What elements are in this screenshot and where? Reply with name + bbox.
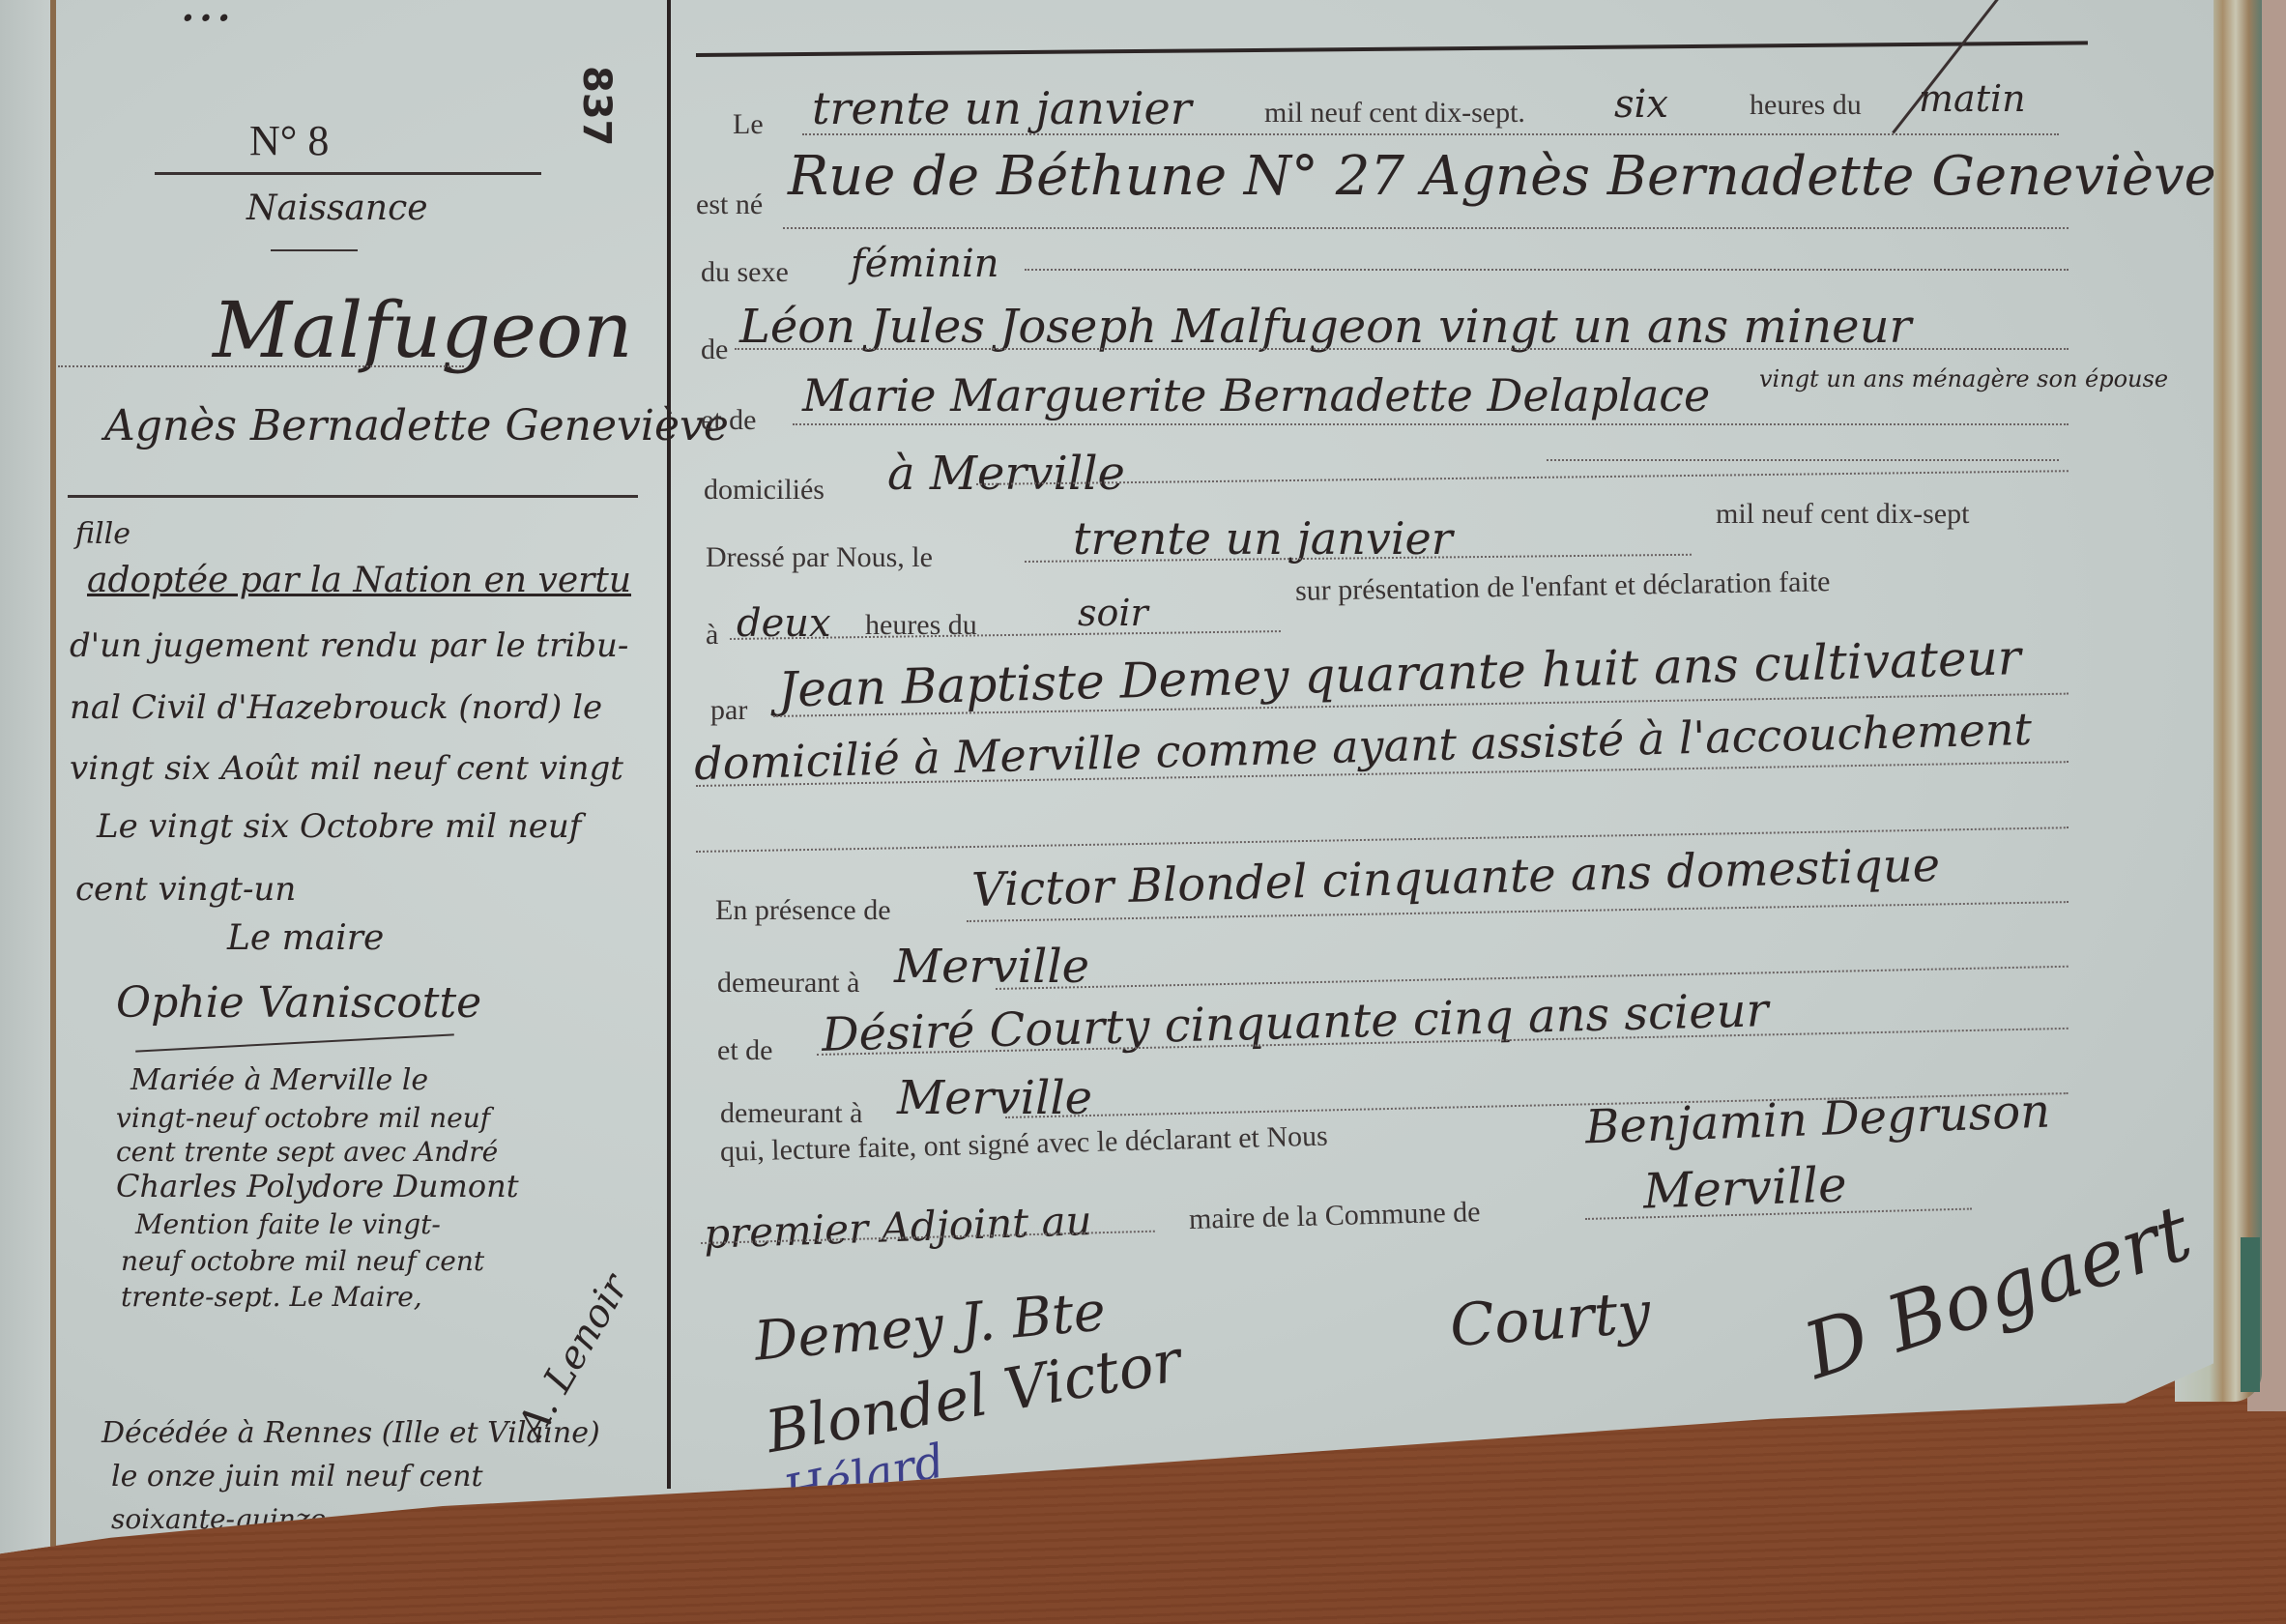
signature-underline xyxy=(135,1033,454,1052)
handwritten-commune: Merville xyxy=(1642,1156,1847,1219)
handwritten-declarant-details: domicilié à Merville comme ayant assisté… xyxy=(694,703,2033,790)
act-number: N° 8 xyxy=(249,116,329,165)
stamp-number: 837 xyxy=(574,66,619,147)
handwritten-hour: six xyxy=(1614,82,1668,127)
act-number-rule xyxy=(155,172,541,175)
margin-rule xyxy=(68,495,638,498)
printed-text: domiciliés xyxy=(704,474,825,507)
annotation-line: vingt six Août mil neuf cent vingt xyxy=(70,749,623,788)
dotted-line xyxy=(58,365,464,367)
annotation-line: cent vingt-un xyxy=(75,870,296,909)
printed-text: de xyxy=(701,333,728,366)
dotted-line xyxy=(1025,269,2069,271)
handwritten-mother: Marie Marguerite Bernadette Delaplace xyxy=(802,369,1710,421)
handwritten-official-title: premier Adjoint au xyxy=(703,1197,1092,1258)
handwritten-official-name: Benjamin Degruson xyxy=(1584,1085,2051,1155)
top-rule xyxy=(696,41,2088,57)
dotted-line xyxy=(802,133,2059,135)
printed-text: par xyxy=(710,694,747,727)
annotation-line: Le maire xyxy=(227,918,384,958)
facing-page-edge xyxy=(0,0,56,1585)
act-type-rule xyxy=(271,249,358,251)
handwritten-sex: féminin xyxy=(851,242,999,286)
annotation-line: vingt-neuf octobre mil neuf xyxy=(116,1102,490,1134)
handwritten-date: trente un janvier xyxy=(812,82,1192,134)
printed-text: et de xyxy=(717,1034,772,1067)
annotation-line: cent trente sept avec André xyxy=(116,1136,498,1168)
given-names: Agnès Bernadette Geneviève xyxy=(104,401,729,450)
printed-text: demeurant à xyxy=(720,1097,862,1130)
printed-text: En présence de xyxy=(715,894,891,927)
handwritten-time-of-day: matin xyxy=(1919,77,2026,120)
printed-text: Dressé par Nous, le xyxy=(706,541,933,574)
printed-text: Le xyxy=(733,108,764,141)
annotation-line: neuf octobre mil neuf cent xyxy=(121,1245,484,1277)
printed-text: heures du xyxy=(1750,89,1862,122)
annotation-line: fille xyxy=(75,517,130,551)
dotted-line xyxy=(793,423,2069,425)
printed-text: mil neuf cent dix-sept xyxy=(1716,498,1969,531)
dotted-line xyxy=(735,348,2069,350)
handwritten-birthplace-name: Rue de Béthune N° 27 Agnès Bernadette Ge… xyxy=(788,145,2216,208)
top-fragment: … xyxy=(179,0,233,34)
annotation-line: Mariée à Merville le xyxy=(130,1063,428,1097)
handwritten-father: Léon Jules Joseph Malfugeon vingt un ans… xyxy=(739,300,1911,354)
signature-witness-2: Courty xyxy=(1448,1279,1653,1360)
dotted-line xyxy=(1547,459,2059,461)
dotted-line xyxy=(996,966,2069,990)
printed-text: et de xyxy=(701,404,756,437)
annotation-line: adoptée par la Nation en vertu xyxy=(87,561,631,600)
book-cover-edge xyxy=(2241,1237,2260,1392)
handwritten-time-of-day: soir xyxy=(1078,592,1148,634)
annotation-line: d'un jugement rendu par le tribu- xyxy=(70,626,628,665)
act-type: Naissance xyxy=(246,188,428,228)
handwritten-mother-details: vingt un ans ménagère son épouse xyxy=(1759,365,2168,392)
surname: Malfugeon xyxy=(213,285,633,375)
mayor-signature-1: Ophie Vaniscotte xyxy=(116,978,481,1028)
annotation-line: le onze juin mil neuf cent xyxy=(111,1460,483,1493)
annotation-line: Le vingt six Octobre mil neuf xyxy=(97,807,581,846)
printed-text: à xyxy=(706,619,718,652)
printed-text: demeurant à xyxy=(717,967,859,1000)
printed-text: mil neuf cent dix-sept. xyxy=(1264,97,1525,130)
annotation-line: nal Civil d'Hazebrouck (nord) le xyxy=(70,688,602,727)
annotation-line: trente-sept. Le Maire, xyxy=(121,1281,422,1313)
annotation-line: Mention faite le vingt- xyxy=(135,1208,441,1240)
annotation-line: Charles Polydore Dumont xyxy=(116,1168,519,1204)
printed-text: sur présentation de l'enfant et déclarat… xyxy=(1295,565,1831,608)
column-divider xyxy=(667,0,671,1489)
register-page: … 837 N° 8 Naissance Malfugeon Agnès Ber… xyxy=(0,0,2214,1585)
annotation-line: Décédée à Rennes (Ille et Vilaine) xyxy=(101,1416,600,1450)
dotted-line xyxy=(783,227,2069,229)
handwritten-domicile: à Merville xyxy=(887,447,1125,501)
printed-text: du sexe xyxy=(701,256,789,289)
dotted-line xyxy=(976,470,2069,485)
printed-text: maire de la Commune de xyxy=(1189,1196,1481,1236)
signature-official: D Bogaert xyxy=(1794,1187,2202,1396)
printed-text: est né xyxy=(696,188,763,221)
